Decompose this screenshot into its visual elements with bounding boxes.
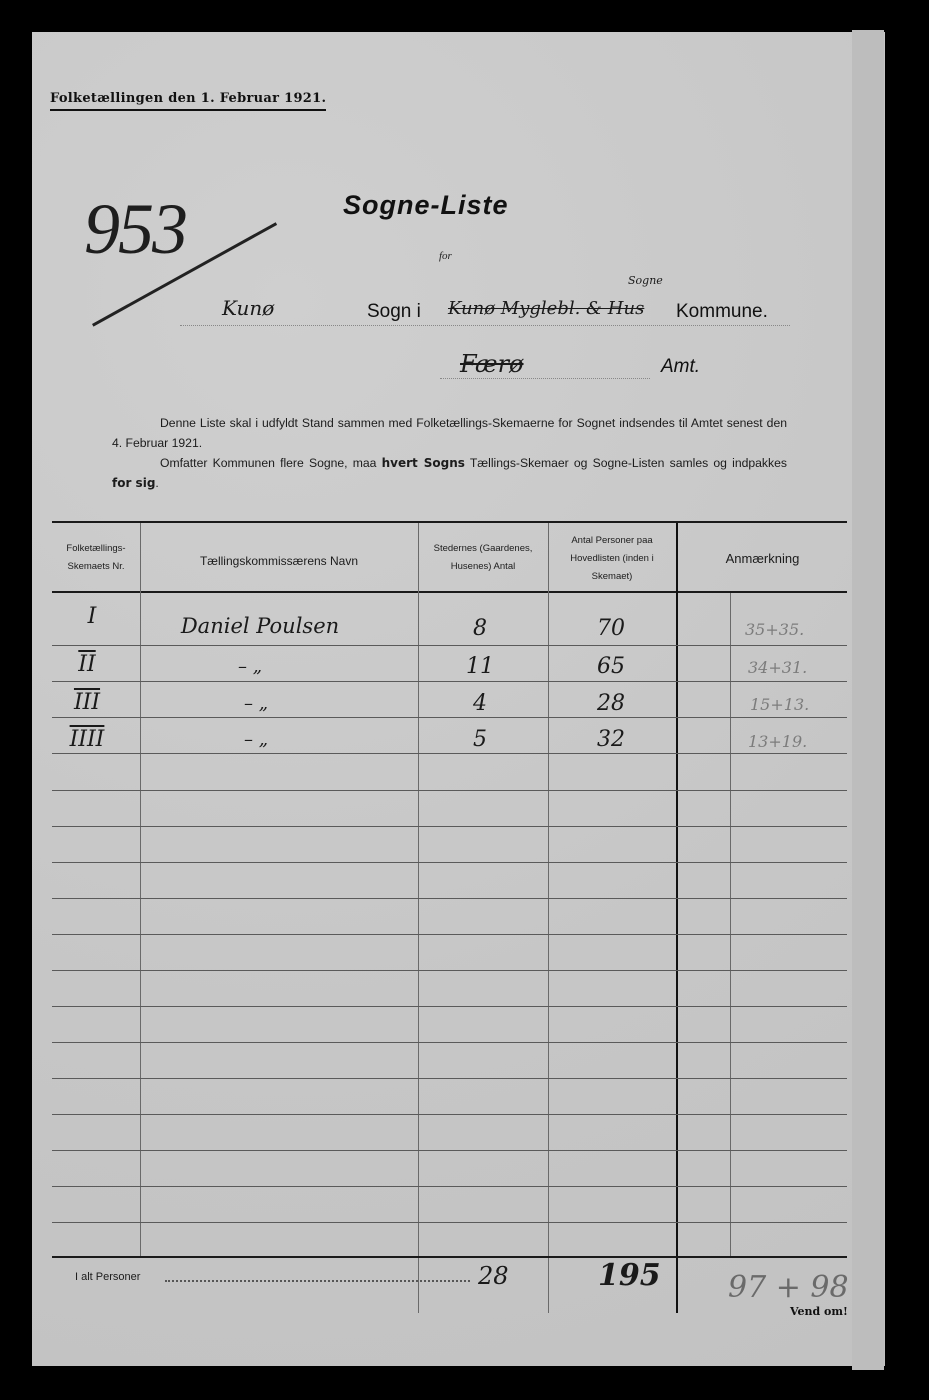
paper-edge: [852, 30, 884, 1370]
cell-nr: I: [52, 604, 132, 629]
form-title: Sogne-Liste: [343, 190, 509, 221]
instruction-packing: Omfatter Kommunen flere Sogne, maa hvert…: [112, 453, 787, 493]
row-rule: [52, 753, 847, 754]
turn-over-note: Vend om!: [790, 1305, 848, 1318]
cell-personer: 65: [556, 654, 666, 679]
row-rule: [52, 681, 847, 682]
cell-steder: 8: [430, 616, 530, 641]
row-rule: [52, 862, 847, 863]
row-rule: [52, 1006, 847, 1007]
row-rule: [52, 826, 847, 827]
col-divider: [140, 523, 141, 1258]
row-rule: [52, 1042, 847, 1043]
cell-personer: 28: [556, 691, 666, 716]
cell-navn: – „: [206, 729, 306, 750]
instructions: Denne Liste skal i udfyldt Stand sammen …: [112, 413, 787, 493]
cell-nr: IIII: [52, 727, 122, 752]
kommune-value: Kunø Myglebl. & Hus: [448, 298, 644, 319]
cell-anmaerkning: 13+19.: [748, 732, 807, 751]
amt-label: Amt.: [661, 356, 700, 378]
col-header-nr: Folketællings-Skemaets Nr.: [52, 540, 140, 576]
sogn-underline: [180, 325, 790, 326]
census-date-note: Folketællingen den 1. Februar 1921.: [50, 91, 326, 111]
row-rule: [52, 1078, 847, 1079]
cell-nr: III: [52, 690, 122, 715]
row-rule: [52, 934, 847, 935]
table-top-rule: [52, 521, 847, 523]
total-personer: 195: [598, 1258, 661, 1293]
row-rule: [52, 1150, 847, 1151]
total-anmaerkning: 97 + 98: [728, 1270, 849, 1305]
col-header-anmaerkning: Anmærkning: [678, 550, 847, 568]
col-header-navn: Tællingskommissærens Navn: [140, 552, 418, 570]
sogn-label: Sogn i: [367, 301, 421, 323]
total-label: I alt Personer: [75, 1271, 140, 1283]
row-rule: [52, 790, 847, 791]
row-rule: [52, 898, 847, 899]
cell-navn: – „: [206, 693, 306, 714]
sogn-value: Kunø: [222, 296, 274, 320]
total-steder: 28: [478, 1262, 509, 1290]
col-divider: [418, 523, 419, 1313]
archive-number: 953: [84, 188, 186, 271]
col-divider: [548, 523, 549, 1313]
header-bottom-rule: [52, 591, 847, 593]
col-header-personer: Antal Personer paa Hovedlisten (inden i …: [556, 532, 668, 586]
instruction-deadline: Denne Liste skal i udfyldt Stand sammen …: [112, 413, 787, 453]
cell-steder: 5: [430, 727, 530, 752]
for-label: for: [439, 250, 452, 262]
cell-anmaerkning: 15+13.: [750, 695, 809, 714]
amt-underline: [440, 378, 650, 379]
col-header-steder: Stedernes (Gaardenes, Husenes) Antal: [424, 540, 542, 576]
row-rule: [52, 1186, 847, 1187]
total-leader-dots: [165, 1270, 470, 1282]
col-divider: [730, 593, 731, 1258]
row-rule: [52, 1114, 847, 1115]
cell-steder: 4: [430, 691, 530, 716]
cell-anmaerkning: 35+35.: [745, 620, 804, 639]
row-rule: [52, 645, 847, 646]
cell-personer: 70: [556, 616, 666, 641]
col-divider-bold: [676, 523, 678, 1313]
cell-navn: Daniel Poulsen: [150, 614, 370, 638]
row-rule: [52, 1222, 847, 1223]
cell-navn: – „: [200, 656, 300, 677]
kommune-insert: Sogne: [628, 274, 663, 287]
row-rule: [52, 970, 847, 971]
cell-anmaerkning: 34+31.: [748, 658, 807, 677]
table-bottom-rule: [52, 1256, 847, 1258]
cell-steder: 11: [430, 654, 530, 679]
row-rule: [52, 717, 847, 718]
amt-value: Færø: [460, 350, 524, 378]
cell-nr: II: [52, 652, 122, 677]
kommune-label: Kommune.: [676, 301, 768, 323]
cell-personer: 32: [556, 727, 666, 752]
